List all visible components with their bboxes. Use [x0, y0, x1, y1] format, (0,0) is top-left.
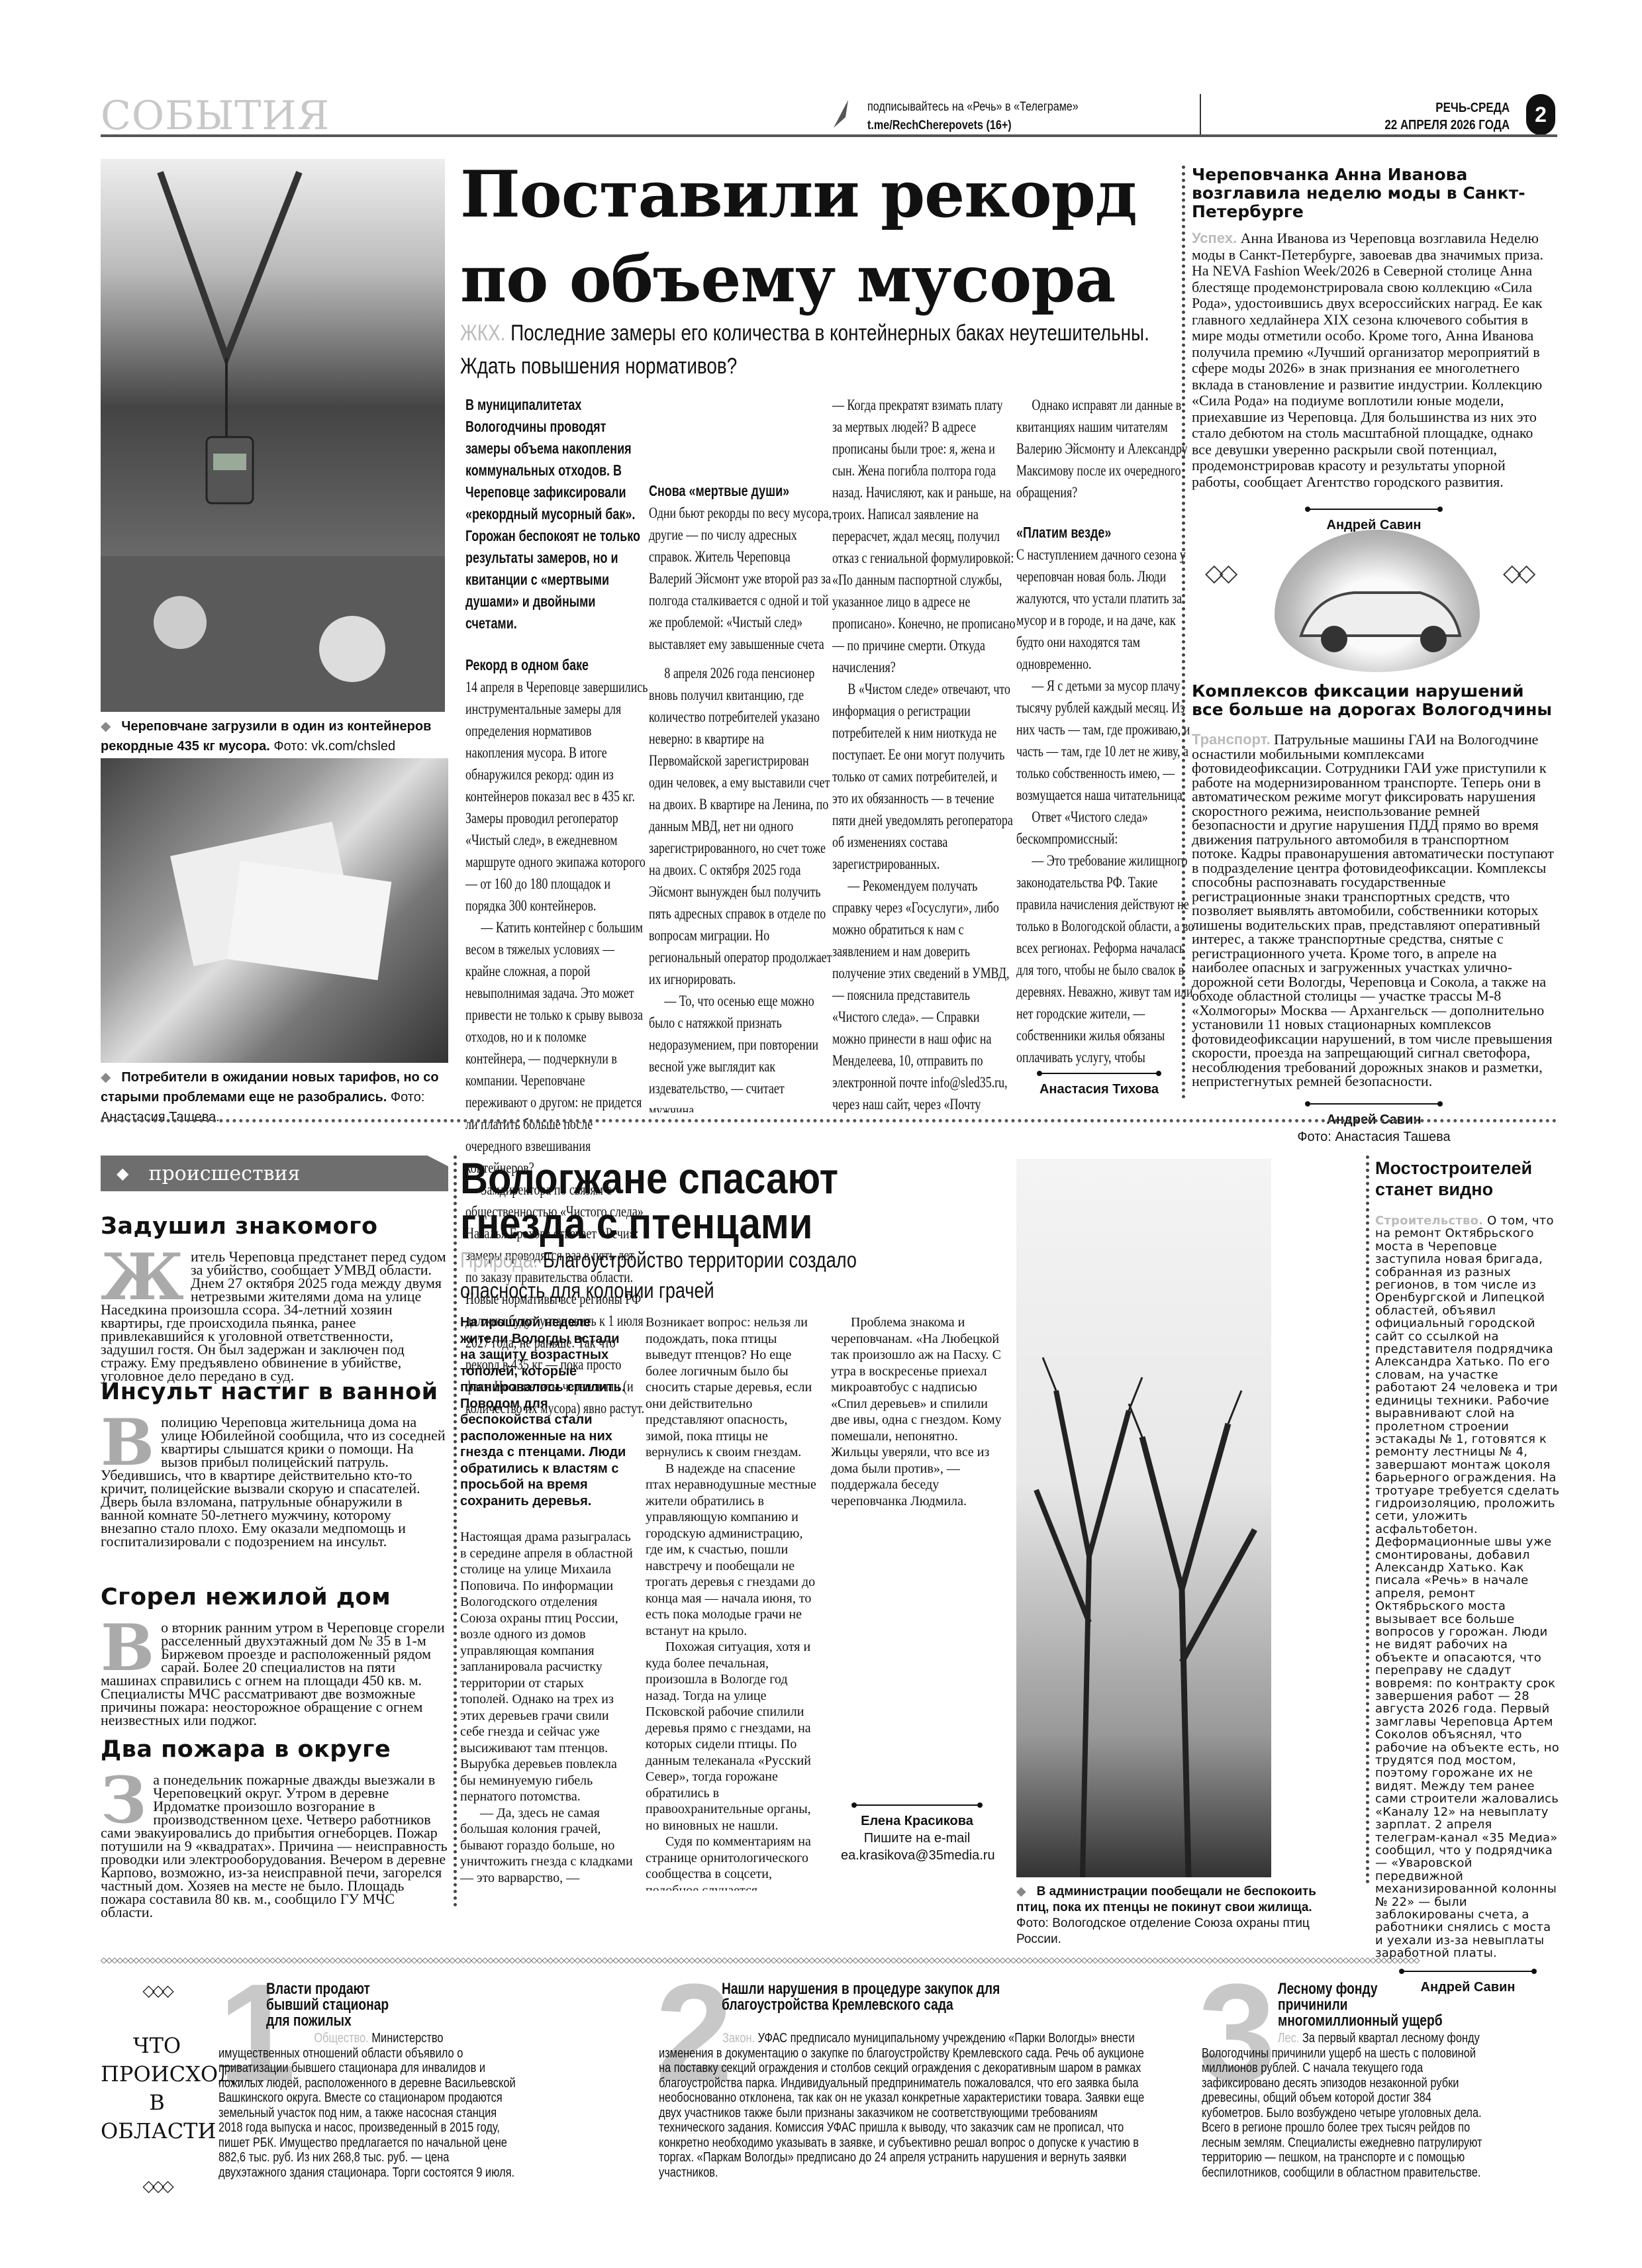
- main-column-2-top: Снова «мертвые души» Одни бьют рекорды п…: [649, 394, 832, 662]
- incident-body: За понедельник пожарные дважды выезжали …: [101, 1773, 448, 1919]
- byline: Анастасия Тихова: [1020, 1073, 1179, 1098]
- incident-body: В полицию Череповца жительница дома на у…: [101, 1416, 448, 1548]
- paragraph: В «Чистом следе» отвечают, что информаци…: [832, 678, 1016, 875]
- caption-text: В администрации пообещали не беспокоить …: [1016, 1885, 1316, 1914]
- incidents-banner: ◆ происшествия: [101, 1156, 448, 1191]
- incident-item: Инсульт настиг в ванной В полицию Черепо…: [101, 1377, 448, 1548]
- bridge-brief: Мостостроителей станет видно Строительст…: [1375, 1158, 1561, 1996]
- incident-title: Задушил знакомого: [101, 1212, 448, 1241]
- drop-cap: З: [101, 1775, 146, 1826]
- incident-title: Два пожара в округе: [101, 1735, 448, 1764]
- photo-police-car: [1275, 530, 1480, 672]
- paragraph: — Рекомендуем получать справку через «Го…: [832, 875, 1016, 1112]
- paragraph: 14 апреля в Череповце завершились инстру…: [465, 676, 649, 916]
- article-intro: На прошлой неделе жители Вологды встали …: [460, 1314, 636, 1509]
- byline-rule: [1308, 509, 1440, 510]
- subheading: Рекорд в одном баке: [465, 654, 649, 676]
- telegram-plane-icon: [831, 97, 851, 134]
- rubric: ЖКХ.: [460, 320, 505, 346]
- drop-cap: Ж: [101, 1252, 184, 1303]
- subheading: «Платим везде»: [1016, 522, 1200, 544]
- region-section-title: ◇◇◇ ЧТО ПРОИСХОДИТ В ОБЛАСТИ ◇◇◇: [101, 1977, 213, 2200]
- drop-cap: В: [101, 1622, 154, 1674]
- birds-column-2: Возникает вопрос: нельзя ли подождать, п…: [646, 1314, 821, 1891]
- paper-name: РЕЧЬ-СРЕДА: [1384, 99, 1510, 117]
- body-text: Министерство имущественных отношений обл…: [218, 2031, 516, 2180]
- paragraph: 8 апреля 2026 года пенсионер вновь получ…: [649, 662, 832, 990]
- section-title: СОБЫТИЯ: [101, 93, 330, 139]
- region-title-line: ЧТО: [101, 2032, 213, 2060]
- paragraph: Настоящая драма разыгралась в середине а…: [460, 1529, 636, 1805]
- incident-title: Сгорел нежилой дом: [101, 1583, 448, 1612]
- trees-illustration: [1016, 1159, 1271, 1877]
- paragraph: Похожая ситуация, хотя и куда более печа…: [646, 1639, 821, 1834]
- page-number: 2: [1526, 94, 1555, 135]
- byline: Андрей Савин Фото: Анастасия Ташева: [1192, 1103, 1556, 1146]
- paragraph: Судя по комментариям на странице орнитол…: [646, 1834, 821, 1891]
- header-divider: [1200, 94, 1201, 135]
- headline-line: Поставили рекорд: [460, 152, 1137, 237]
- photo1-caption: ◆Череповчане загрузили в один из контейн…: [101, 716, 448, 756]
- column-divider: [1366, 1156, 1369, 1884]
- sidebar-body: Транспорт. Патрульные машины ГАИ на Воло…: [1192, 732, 1556, 1089]
- birds-photo-caption: ◆В администрации пообещали не беспокоить…: [1016, 1884, 1347, 1948]
- byline-rule: [1039, 1073, 1159, 1074]
- incident-item: Два пожара в округе За понедельник пожар…: [101, 1735, 448, 1919]
- region-item-body: Лес. За первый квартал лесному фонду Вол…: [1202, 2031, 1484, 2180]
- telegram-promo-text: подписывайтесь на «Речь» в «Телеграме»: [867, 98, 1079, 117]
- photo-garbage-scale: [101, 159, 445, 712]
- main-column-3: — Когда прекратят взимать плату за мертв…: [832, 394, 1016, 1112]
- paragraph: — Катить контейнер с большим весом в тяж…: [465, 916, 649, 1179]
- paragraph: — Когда прекратят взимать плату за мертв…: [832, 394, 1016, 678]
- author-email-link[interactable]: ea.krasikova@35media.ru: [841, 1847, 993, 1864]
- photo-trees: [1016, 1159, 1271, 1877]
- rubric: Строительство.: [1375, 1214, 1483, 1228]
- author-name: Анастасия Тихова: [1020, 1081, 1179, 1098]
- paragraph: — Это требование жилищного законодательс…: [1016, 850, 1200, 1069]
- banner-diamond-icon: ◆: [117, 1164, 128, 1183]
- banner-label: происшествия: [148, 1162, 300, 1185]
- birds-column-3: Проблема знакома и череповчанам. «На Люб…: [831, 1314, 1006, 1788]
- sidebar-fashion: Череповчанка Анна Иванова возглавила нед…: [1192, 166, 1556, 534]
- region-title-line: ПРОИСХОДИТ: [101, 2060, 213, 2089]
- paragraph: — То, что осенью еще можно было с натяжк…: [649, 990, 832, 1112]
- rubric: Успех.: [1192, 230, 1237, 246]
- telegram-promo[interactable]: подписывайтесь на «Речь» в «Телеграме» t…: [867, 98, 1079, 135]
- incident-item: Сгорел нежилой дом Во вторник ранним утр…: [101, 1583, 448, 1727]
- region-title-line: В ОБЛАСТИ: [101, 2089, 213, 2145]
- byline-rule: [1402, 1971, 1534, 1972]
- paragraph: Ответ «Чистого следа» бескомпромиссный:: [1016, 806, 1200, 850]
- lead-text: Последние замеры его количества в контей…: [460, 320, 1149, 379]
- body-text: Патрульные машины ГАИ на Вологодчине осн…: [1192, 731, 1554, 1089]
- subheading: Снова «мертвые души»: [649, 480, 832, 502]
- body-text: УФАС предписало муниципальному учреждени…: [659, 2031, 1144, 2180]
- body-text: а понедельник пожарные дважды выезжали в…: [101, 1771, 448, 1920]
- photo-receipts: [101, 758, 448, 1063]
- incident-item: Задушил знакомого Житель Череповца предс…: [101, 1212, 448, 1383]
- incident-title: Инсульт настиг в ванной: [101, 1377, 448, 1406]
- ornament-left: ◇◇: [1205, 560, 1233, 587]
- byline-rule: [854, 1804, 980, 1806]
- body-text: Анна Иванова из Череповца возглавила Нед…: [1192, 230, 1543, 490]
- paragraph: Однако исправят ли данные в квитанциях н…: [1016, 394, 1200, 503]
- birds-lead: Природа. Благоустройство территории созд…: [460, 1245, 905, 1306]
- column-divider: [454, 1156, 457, 1907]
- body-text: О том, что на ремонт Октябрьского моста …: [1375, 1214, 1559, 1960]
- rubric: Природа.: [460, 1248, 538, 1272]
- region-item-title: Власти продают бывший стационар для пожи…: [266, 1981, 399, 2029]
- paragraph: Проблема знакома и череповчанам. «На Люб…: [831, 1314, 1006, 1509]
- caption-diamond-icon: ◆: [101, 1070, 111, 1085]
- main-column-4: Однако исправят ли данные в квитанциях н…: [1016, 394, 1200, 1069]
- photo2-caption: ◆Потребители в ожидании новых тарифов, н…: [101, 1067, 448, 1127]
- headline-line: гнезда с птенцами: [460, 1201, 838, 1246]
- drop-cap: В: [101, 1417, 154, 1469]
- region-item-title: Лесному фонду причинили многомиллионный …: [1278, 1981, 1447, 2029]
- ornament-right: ◇◇: [1503, 560, 1531, 587]
- incident-body: Житель Череповца предстанет перед судом …: [101, 1250, 448, 1383]
- paragraph: Возникает вопрос: нельзя ли подождать, п…: [646, 1314, 821, 1461]
- paragraph: Одни бьют рекорды по весу мусора, другие…: [649, 502, 832, 662]
- rubric: Закон.: [722, 2031, 755, 2046]
- rubric: Общество.: [314, 2031, 368, 2046]
- paragraph: — Я с детьми за мусор плачу тысячу рубле…: [1016, 675, 1200, 806]
- region-item: Власти продают бывший стационар для пожи…: [266, 1981, 663, 2029]
- bridge-headline: Мостостроителей станет видно: [1375, 1158, 1561, 1200]
- main-column-2: 8 апреля 2026 года пенсионер вновь получ…: [649, 662, 832, 1112]
- photo-credit: Фото: Анастасия Ташева: [1192, 1128, 1556, 1146]
- birds-column-1: На прошлой неделе жители Вологды встали …: [460, 1314, 636, 1891]
- caption-diamond-icon: ◆: [1016, 1885, 1026, 1898]
- rubric: Лес.: [1278, 2031, 1300, 2046]
- header-rule: [101, 134, 1557, 137]
- headline-line: по объему мусора: [460, 237, 1137, 322]
- byline-rule: [1308, 1103, 1440, 1105]
- region-item-title: Нашли нарушения в процедуре закупок для …: [722, 1981, 1029, 2013]
- article-intro: В муниципалитетах Вологодчины проводят з…: [465, 394, 649, 634]
- caption-text: Потребители в ожидании новых тарифов, но…: [101, 1070, 439, 1105]
- birds-byline: Елена Красикова Пишите на e-mail ea.kras…: [841, 1804, 993, 1864]
- birds-headline: Вологжане спасают гнезда с птенцами: [460, 1156, 838, 1246]
- ornament-icon: ◇◇◇: [101, 2172, 213, 2200]
- sidebar-headline: Комплексов фиксации нарушений все больше…: [1192, 682, 1556, 719]
- paragraph: С наступлением дачного сезона у череповч…: [1016, 544, 1200, 675]
- headline-line: Вологжане спасают: [460, 1156, 838, 1201]
- bridge-body: Строительство. О том, что на ремонт Октя…: [1375, 1214, 1561, 1960]
- scale-illustration: [101, 159, 445, 712]
- ornament-icon: ◇◇◇: [101, 1977, 213, 2005]
- sidebar-body: Успех. Анна Иванова из Череповца возглав…: [1192, 230, 1556, 490]
- region-divider: ◇◇◇◇◇◇◇◇◇◇◇◇◇◇◇◇◇◇◇◇◇◇◇◇◇◇◇◇◇◇◇◇◇◇◇◇◇◇◇◇…: [101, 1957, 1557, 1963]
- caption-diamond-icon: ◆: [101, 719, 111, 734]
- paragraph: — Да, здесь не самая большая колония гра…: [460, 1805, 636, 1891]
- sidebar-headline: Череповчанка Анна Иванова возглавила нед…: [1192, 166, 1556, 221]
- photo-credit: Фото: vk.com/chsled: [273, 739, 395, 754]
- body-text: За первый квартал лесному фонду Вологодч…: [1202, 2031, 1482, 2180]
- issue-date: 22 АПРЕЛЯ 2026 ГОДА: [1384, 117, 1510, 134]
- telegram-link[interactable]: t.me/RechCherepovets (16+): [867, 117, 1079, 135]
- author-name: Елена Красикова: [841, 1812, 993, 1830]
- paragraph: В надежде на спасение птах неравнодушные…: [646, 1461, 821, 1640]
- region-item-body: Общество. Министерство имущественных отн…: [218, 2031, 520, 2180]
- column-divider: [1182, 166, 1185, 1099]
- main-headline: Поставили рекорд по объему мусора: [460, 152, 1137, 322]
- region-item-body: Закон. УФАС предписало муниципальному уч…: [659, 2031, 1158, 2180]
- section-divider: [101, 1119, 1557, 1122]
- sidebar-cameras: Комплексов фиксации нарушений все больше…: [1192, 682, 1556, 1146]
- issue-info: РЕЧЬ-СРЕДА 22 АПРЕЛЯ 2026 ГОДА: [1384, 99, 1510, 134]
- incident-body: Во вторник ранним утром в Череповце сгор…: [101, 1621, 448, 1727]
- main-lead: ЖКХ. Последние замеры его количества в к…: [460, 317, 1166, 383]
- contact-label: Пишите на e-mail: [841, 1830, 993, 1847]
- photo-credit: Фото: Вологодское отделение Союза охраны…: [1016, 1916, 1310, 1946]
